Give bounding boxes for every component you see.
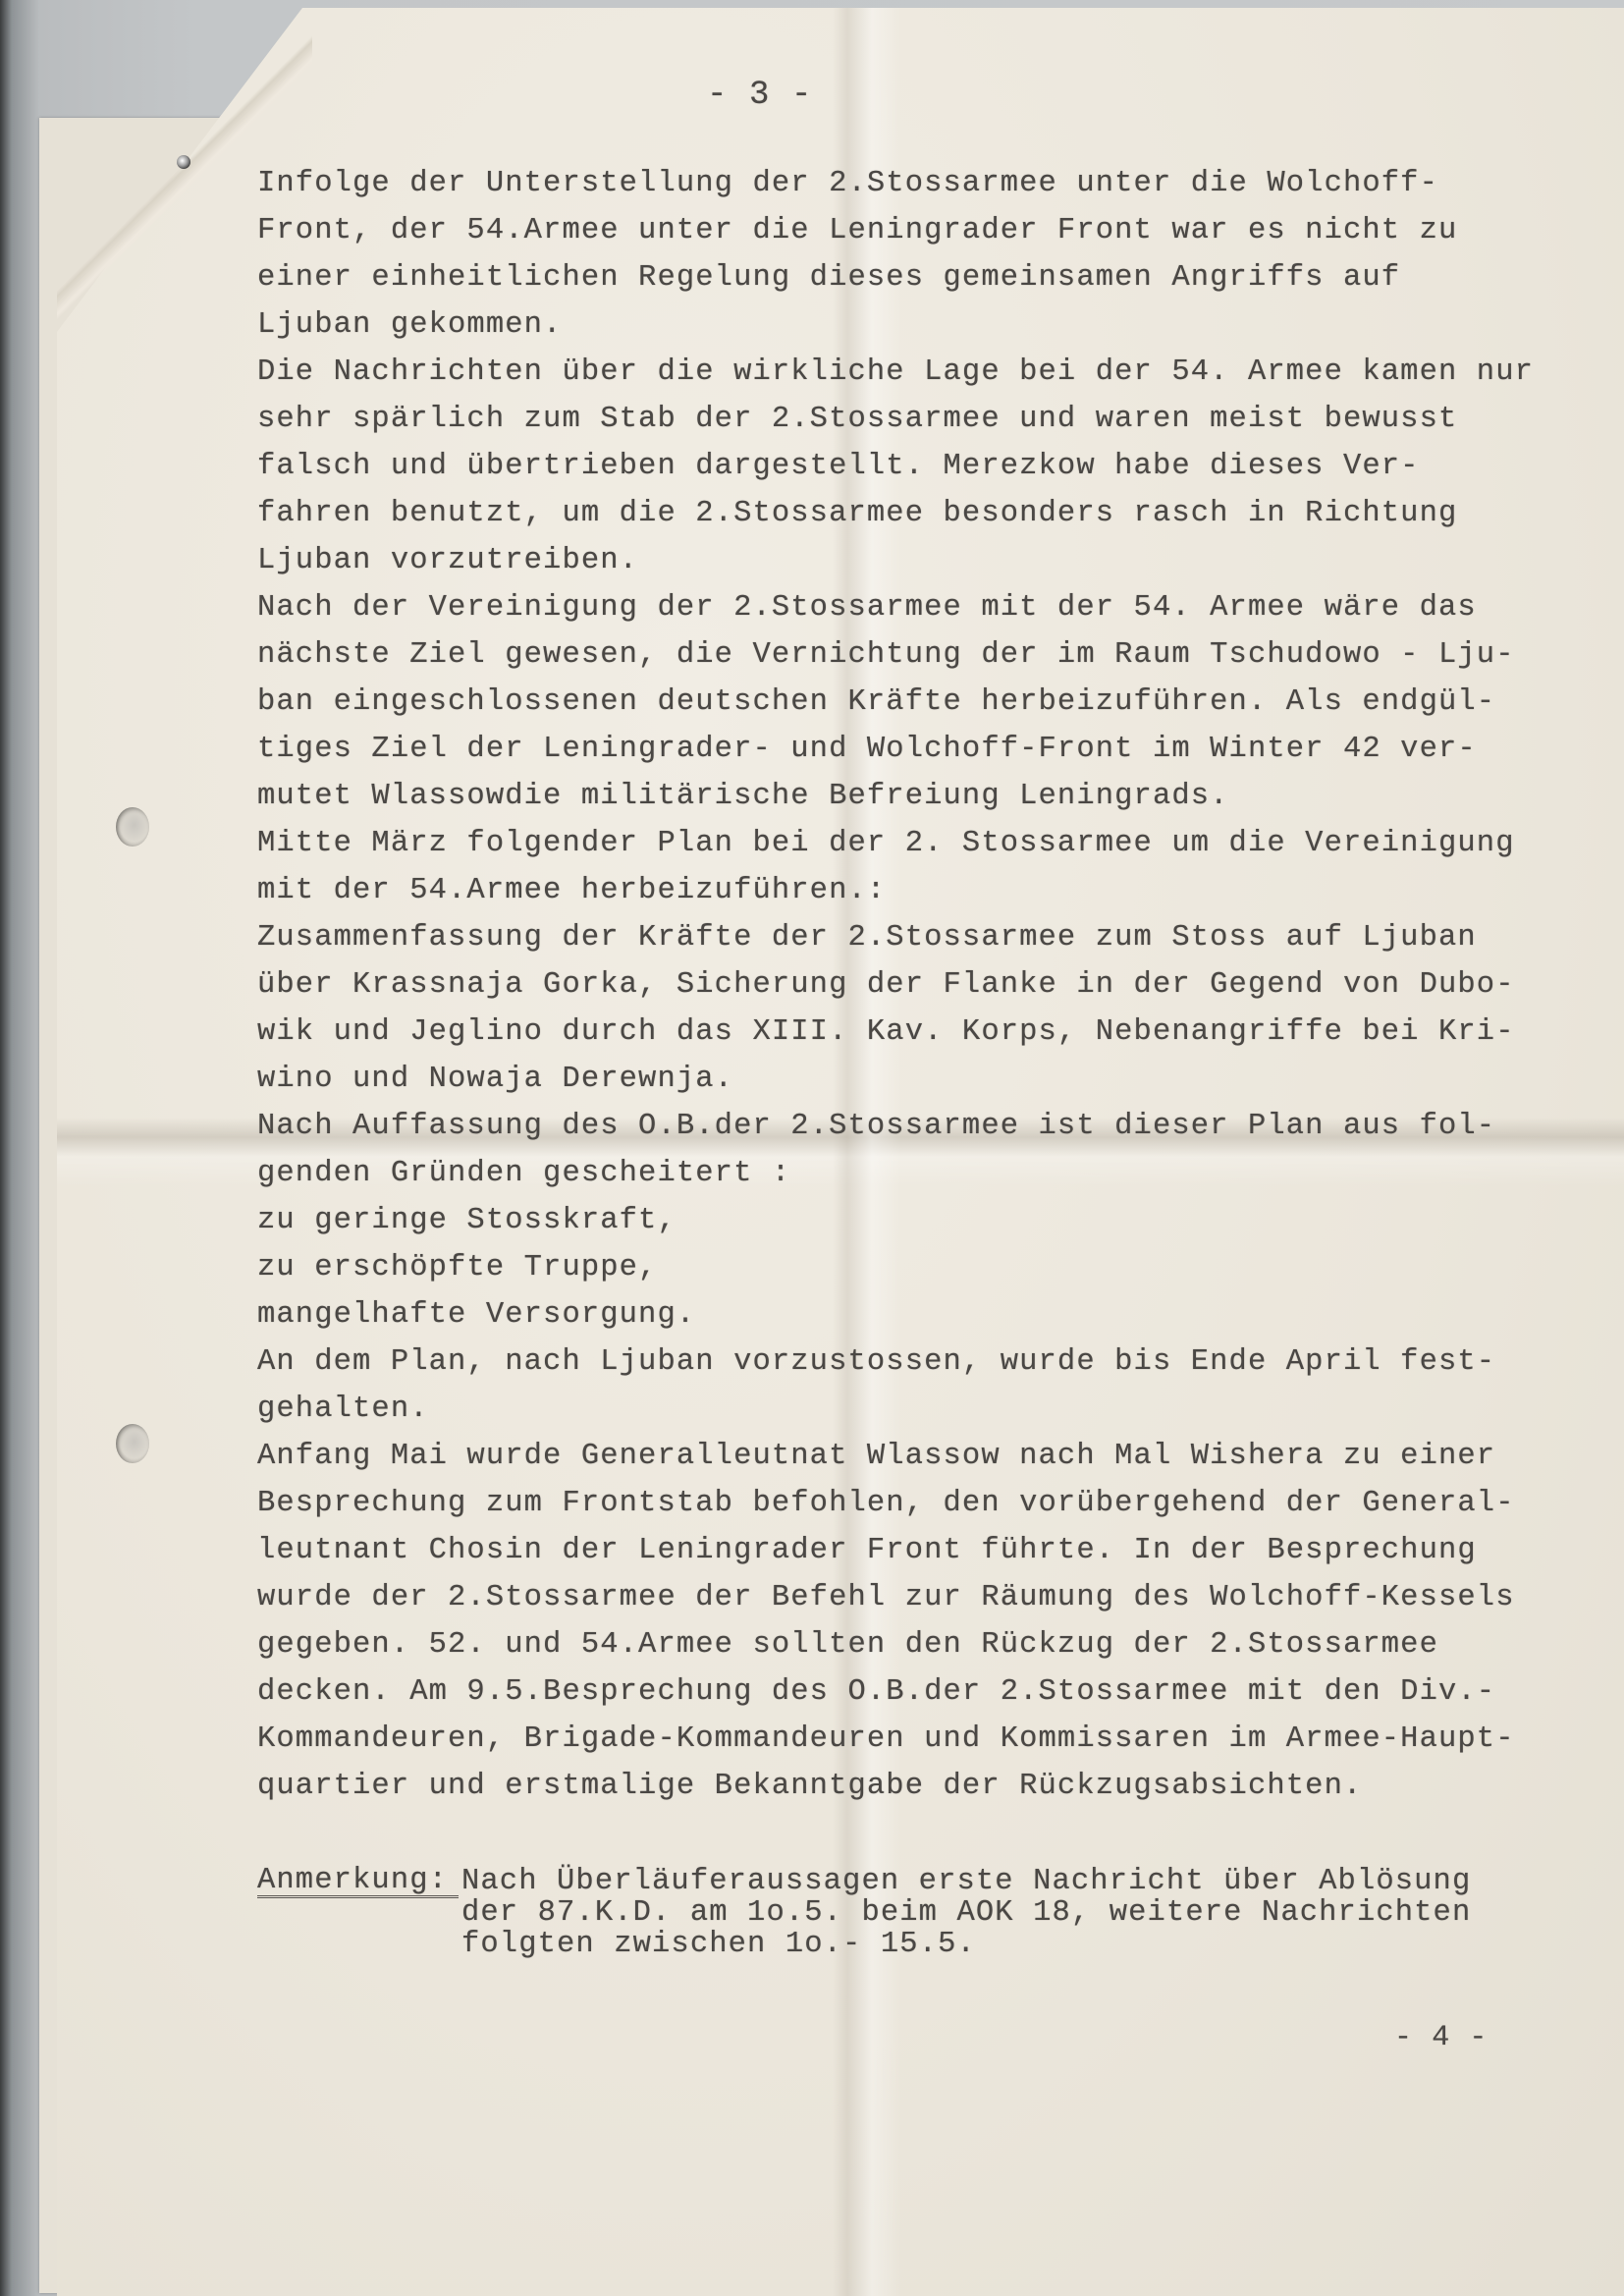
text-line: Infolge der Unterstellung der 2.Stossarm… (257, 160, 1534, 207)
footnote-line: der 87.K.D. am 1o.5. beim AOK 18, weiter… (461, 1897, 1471, 1929)
page-number-top: - 3 - (707, 77, 813, 114)
text-line: gegeben. 52. und 54.Armee sollten den Rü… (257, 1621, 1534, 1668)
text-line: quartier und erstmalige Bekanntgabe der … (257, 1763, 1534, 1810)
footnote-text: Nach Überläuferaussagen erste Nachricht … (461, 1866, 1471, 1960)
text-line: sehr spärlich zum Stab der 2.Stossarmee … (257, 396, 1534, 443)
text-line: wino und Nowaja Derewnja. (257, 1056, 1534, 1103)
text-line: Ljuban vorzutreiben. (257, 537, 1534, 584)
text-line: Nach Auffassung des O.B.der 2.Stossarmee… (257, 1103, 1534, 1150)
text-line: Front, der 54.Armee unter die Leningrade… (257, 207, 1534, 254)
punch-hole-icon (116, 807, 149, 847)
text-line: zu geringe Stosskraft, (257, 1197, 1534, 1244)
text-line: nächste Ziel gewesen, die Vernichtung de… (257, 631, 1534, 679)
text-line: fahren benutzt, um die 2.Stossarmee beso… (257, 490, 1534, 537)
text-line: mangelhafte Versorgung. (257, 1291, 1534, 1339)
text-line: zu erschöpfte Truppe, (257, 1244, 1534, 1291)
text-line: wurde der 2.Stossarmee der Befehl zur Rä… (257, 1574, 1534, 1621)
text-line: mit der 54.Armee herbeizuführen.: (257, 867, 1534, 914)
page-number-bottom: - 4 - (1394, 2021, 1489, 2054)
footnote-line: Nach Überläuferaussagen erste Nachricht … (461, 1866, 1471, 1897)
text-line: Mitte März folgender Plan bei der 2. Sto… (257, 820, 1534, 867)
text-line: genden Gründen gescheitert : (257, 1150, 1534, 1197)
text-line: mutet Wlassowdie militärische Befreiung … (257, 773, 1534, 820)
text-line: ban eingeschlossenen deutschen Kräfte he… (257, 679, 1534, 726)
text-line: Besprechung zum Frontstab befohlen, den … (257, 1480, 1534, 1527)
text-line: Zusammenfassung der Kräfte der 2.Stossar… (257, 914, 1534, 961)
text-line: wik und Jeglino durch das XIII. Kav. Kor… (257, 1009, 1534, 1056)
document-body: Infolge der Unterstellung der 2.Stossarm… (257, 160, 1534, 1810)
footnote-line: folgten zwischen 1o.- 15.5. (461, 1929, 1471, 1960)
text-line: Nach der Vereinigung der 2.Stossarmee mi… (257, 584, 1534, 631)
text-line: leutnant Chosin der Leningrader Front fü… (257, 1527, 1534, 1574)
text-line: falsch und übertrieben dargestellt. Mere… (257, 443, 1534, 490)
text-line: Die Nachrichten über die wirkliche Lage … (257, 349, 1534, 396)
text-line: Anfang Mai wurde Generalleutnat Wlassow … (257, 1433, 1534, 1480)
staple-icon (177, 155, 190, 169)
text-line: decken. Am 9.5.Besprechung des O.B.der 2… (257, 1668, 1534, 1716)
footnote-label: Anmerkung: (257, 1866, 459, 1898)
text-line: einer einheitlichen Regelung dieses geme… (257, 254, 1534, 301)
punch-hole-icon (116, 1424, 149, 1463)
text-line: Ljuban gekommen. (257, 301, 1534, 349)
text-line: Kommandeuren, Brigade-Kommandeuren und K… (257, 1716, 1534, 1763)
footnote: Anmerkung: Nach Überläuferaussagen erste… (257, 1866, 459, 1898)
text-line: An dem Plan, nach Ljuban vorzustossen, w… (257, 1339, 1534, 1386)
text-line: tiges Ziel der Leningrader- und Wolchoff… (257, 726, 1534, 773)
text-line: über Krassnaja Gorka, Sicherung der Flan… (257, 961, 1534, 1009)
text-line: gehalten. (257, 1386, 1534, 1433)
